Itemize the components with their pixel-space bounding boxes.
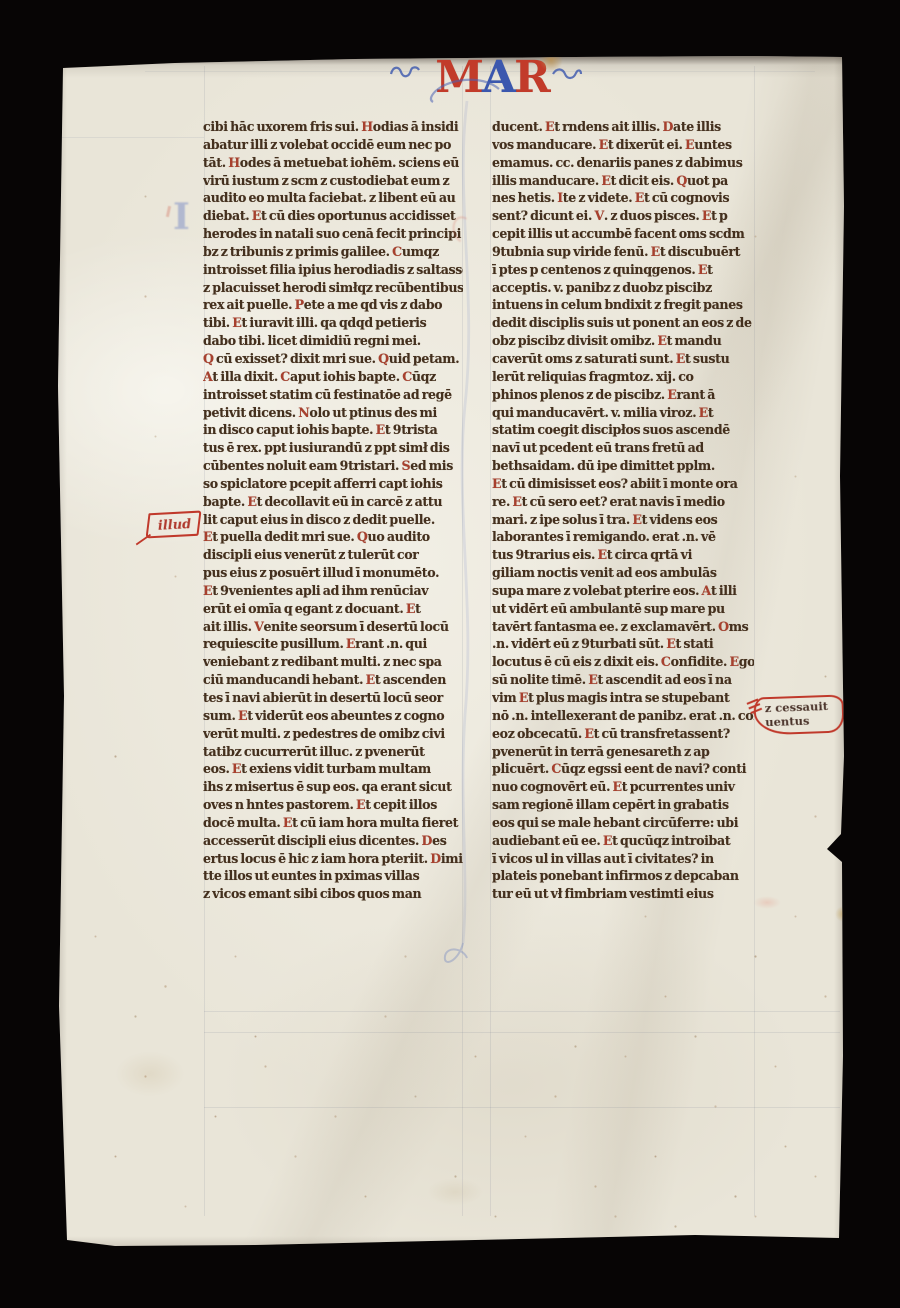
text-line: giliam noctis venit ad eos ambulās xyxy=(492,564,754,582)
text-line: dabo tibi. licet dimidiū regni mei. xyxy=(203,332,463,350)
text-line: plicuērt. Cūqz egssi eent de navi? conti xyxy=(492,760,754,778)
red-touched-capital: E xyxy=(613,779,622,794)
red-touched-capital: A xyxy=(203,369,212,384)
red-touched-capital: N xyxy=(298,405,309,420)
text-line: eos. Et exiens vidit turbam multam xyxy=(203,760,463,778)
red-touched-capital: C xyxy=(551,761,561,776)
red-touched-capital: E xyxy=(599,137,608,152)
text-line: dedit disciplis suis ut ponent an eos z … xyxy=(492,314,754,332)
red-touched-capital: E xyxy=(492,476,501,491)
red-touched-capital: E xyxy=(676,351,685,366)
red-touched-capital: C xyxy=(402,369,412,384)
stain xyxy=(115,1051,185,1097)
text-line: Et puella dedit mri sue. Quo audito xyxy=(203,528,463,546)
text-line: verūt multi. z pedestres de omibz civi xyxy=(203,725,463,743)
red-touched-capital: V xyxy=(254,619,263,634)
red-touched-capital: E xyxy=(603,833,612,848)
red-touched-capital: E xyxy=(376,422,385,437)
red-touched-capital: E xyxy=(283,815,292,830)
red-touched-capital: E xyxy=(597,547,606,562)
text-line: sam regionē illam cepērt in grabatis xyxy=(492,796,754,814)
text-line: intuens in celum bndixit z fregit panes xyxy=(492,296,754,314)
photo-background: { "colors": { "background": "#070505", "… xyxy=(0,0,900,1308)
text-line: z placuisset herodi simłqz recūbentibus xyxy=(203,279,463,297)
red-touched-capital: E xyxy=(406,601,415,616)
text-line: acceptis. v. panibz z duobz piscibz xyxy=(492,279,754,297)
marginal-gloss-line: uentus xyxy=(765,713,839,729)
red-touched-capital: E xyxy=(601,173,610,188)
text-line: illis manducare. Et dicit eis. Quot pa xyxy=(492,172,754,190)
guide-initial-red-flick xyxy=(166,206,171,217)
text-line: mari. z ipe solus ī tra. Et videns eos xyxy=(492,511,754,529)
text-line: vim Et plus magis intra se stupebant xyxy=(492,689,754,707)
text-line: introisset filia ipius herodiadis z salt… xyxy=(203,261,463,279)
red-touched-capital: I xyxy=(557,190,563,205)
text-line: nes hetis. Ite z videte. Et cū cognovis xyxy=(492,189,754,207)
red-touched-capital: E xyxy=(346,636,355,651)
red-touched-capital: C xyxy=(661,654,671,669)
text-line: lit caput eius in disco z dedit puelle. xyxy=(203,511,463,529)
text-line: obz piscibz divisit omibz. Et mandu xyxy=(492,332,754,350)
red-touched-capital: S xyxy=(401,458,410,473)
stain xyxy=(835,906,851,922)
red-touched-capital: E xyxy=(666,636,675,651)
red-touched-capital: D xyxy=(662,119,673,134)
red-touched-capital: E xyxy=(588,672,597,687)
text-line: bethsaidam. dū ipe dimittet pplm. xyxy=(492,457,754,475)
text-line: supa mare z volebat pterire eos. At illi xyxy=(492,582,754,600)
red-touched-capital: E xyxy=(203,583,212,598)
red-touched-capital: Q xyxy=(676,173,687,188)
speckles xyxy=(55,56,56,57)
red-touched-capital: C xyxy=(392,244,402,259)
ruling-line xyxy=(754,66,755,1216)
text-line: Q cū exisset? dixit mri sue. Quid petam. xyxy=(203,350,463,368)
text-line: petivit dicens. Nolo ut ptinus des mi xyxy=(203,404,463,422)
red-touched-capital: D xyxy=(421,833,432,848)
text-line: sent? dicunt ei. V. z duos pisces. Et p xyxy=(492,207,754,225)
text-line: ait illis. Venite seorsum ī desertū locū xyxy=(203,618,463,636)
red-touched-capital: H xyxy=(361,119,373,134)
text-line: .n. vidērt eū z 9turbati sūt. Et stati xyxy=(492,635,754,653)
red-touched-capital: E xyxy=(698,262,707,277)
text-line: cibi hāc uxorem fris sui. Hodias ā insid… xyxy=(203,118,463,136)
text-line: 9tubnia sup viride fenū. Et discubuērt xyxy=(492,243,754,261)
text-line: herodes in natali suo cenā fecit princip… xyxy=(203,225,463,243)
red-touched-capital: E xyxy=(519,690,528,705)
show-through-mark xyxy=(753,896,781,909)
text-line: bz z tribunis z primis galilee. Cumqz xyxy=(203,243,463,261)
red-touched-capital: C xyxy=(280,369,290,384)
text-line: oves n hntes pastorem. Et cepit illos xyxy=(203,796,463,814)
red-touched-capital: E xyxy=(667,387,676,402)
text-line: ducent. Et rndens ait illis. Date illis xyxy=(492,118,754,136)
text-line: ihs z misertus ē sup eos. qa erant sicut xyxy=(203,778,463,796)
text-line: ī vicos ul in villas aut ī civitates? in xyxy=(492,850,754,868)
text-line: abatur illi z volebat occidē eum nec po xyxy=(203,136,463,154)
text-line: vos manducare. Et dixerūt ei. Euntes xyxy=(492,136,754,154)
text-line: Et cū dimisisset eos? abiit ī monte ora xyxy=(492,475,754,493)
text-line: audiebant eū ee. Et qucūqz introibat xyxy=(492,832,754,850)
red-touched-capital: D xyxy=(430,851,441,866)
text-line: emamus. cc. denariis panes z dabimus xyxy=(492,154,754,172)
text-line: plateis ponebant infirmos z depcaban xyxy=(492,867,754,885)
text-line: tāt. Hodes ā metuebat iohēm. sciens eū xyxy=(203,154,463,172)
text-line: audito eo multa faciebat. z libent eū au xyxy=(203,189,463,207)
ruling-line xyxy=(204,1107,840,1108)
red-touched-capital: E xyxy=(238,708,247,723)
text-line: tus ē rex. ppt iusiurandū z ppt simł dis xyxy=(203,439,463,457)
text-line: tes ī navi abierūt in desertū locū seor xyxy=(203,689,463,707)
text-line: erūt ei omīa q egant z docuant. Et xyxy=(203,600,463,618)
text-line: tus 9trarius eis. Et circa qrtā vi xyxy=(492,546,754,564)
text-line: nuo cognovērt eū. Et pcurrentes univ xyxy=(492,778,754,796)
text-line: cepit illis ut accumbē facent oms scdm xyxy=(492,225,754,243)
text-line: requiescite pusillum. Erant .n. qui xyxy=(203,635,463,653)
text-line: eos qui se male hebant circūferre: ubi xyxy=(492,814,754,832)
text-line: eoz obcecatū. Et cū transfretassent? xyxy=(492,725,754,743)
red-touched-capital: E xyxy=(356,797,365,812)
red-touched-capital: V xyxy=(594,208,603,223)
stain xyxy=(539,48,563,72)
stain xyxy=(427,1178,483,1206)
text-line: pus eius z posuērt illud ī monumēto. xyxy=(203,564,463,582)
text-line: ut vidērt eū ambulantē sup mare pu xyxy=(492,600,754,618)
ruling-line xyxy=(59,137,204,138)
text-line: caverūt oms z saturati sunt. Et sustu xyxy=(492,350,754,368)
marginal-gloss-illud-text: illud xyxy=(157,516,191,535)
red-touched-capital: E xyxy=(584,726,593,741)
red-touched-capital: Q xyxy=(357,529,368,544)
red-touched-capital: E xyxy=(232,315,241,330)
red-touched-capital: E xyxy=(632,512,641,527)
text-line: qui manducavērt. v. milia viroz. Et xyxy=(492,404,754,422)
marginal-gloss-illud: illud xyxy=(145,511,201,539)
red-touched-capital: E xyxy=(252,208,261,223)
red-touched-capital: E xyxy=(512,494,521,509)
red-touched-capital: E xyxy=(635,190,644,205)
text-line: statim coegit discipłos suos ascendē xyxy=(492,421,754,439)
text-line: tte illos ut euntes in pximas villas xyxy=(203,867,463,885)
red-touched-capital: E xyxy=(366,672,375,687)
text-line: tavērt fantasma ee. z exclamavērt. Oms xyxy=(492,618,754,636)
text-line: tatibz cucurrerūt illuc. z pvenerūt xyxy=(203,743,463,761)
text-line: in disco caput iohis bapte. Et 9trista xyxy=(203,421,463,439)
text-line: pvenerūt in terrā genesareth z ap xyxy=(492,743,754,761)
text-line: tur eū ut vł fimbriam vestimti eius xyxy=(492,885,754,903)
manuscript-leaf: MAR I cibi hāc uxorem fris sui. Hodias ā… xyxy=(55,56,844,1250)
text-line: laborantes ī remigando. erat .n. vē xyxy=(492,528,754,546)
text-line: locutus ē cū eis z dixit eis. Confidite.… xyxy=(492,653,754,671)
text-line: Et 9venientes apli ad ihm renūciav xyxy=(203,582,463,600)
red-touched-capital: P xyxy=(295,297,304,312)
ruling-line xyxy=(204,1032,840,1033)
text-line: navī ut pcedent eū trans fretū ad xyxy=(492,439,754,457)
text-line: sum. Et viderūt eos abeuntes z cogno xyxy=(203,707,463,725)
text-line: cūbentes noluit eam 9tristari. Sed mis xyxy=(203,457,463,475)
red-touched-capital: E xyxy=(247,494,256,509)
red-touched-capital: Q xyxy=(203,351,214,366)
red-touched-capital: H xyxy=(228,155,240,170)
marginal-gloss-correction: z cessauit uentus xyxy=(753,694,844,735)
text-line: accesserūt discipli eius dicentes. Des xyxy=(203,832,463,850)
text-line: ī ptes p centenos z quinqgenos. Et xyxy=(492,261,754,279)
ruling-line xyxy=(204,1011,840,1012)
text-line: introisset statim cū festinatōe ad regē xyxy=(203,386,463,404)
red-touched-capital: E xyxy=(232,761,241,776)
text-line: z vicos emant sibi cibos quos man xyxy=(203,885,463,903)
red-touched-capital: E xyxy=(699,405,708,420)
red-touched-capital: E xyxy=(651,244,660,259)
red-touched-capital: Q xyxy=(378,351,389,366)
text-line: so spiclatore pcepit afferri capt iohis xyxy=(203,475,463,493)
text-line: phinos plenos z de piscibz. Erant ā xyxy=(492,386,754,404)
text-line: ertus locus ē hic z iam hora pteriit. Di… xyxy=(203,850,463,868)
red-touched-capital: E xyxy=(657,333,666,348)
text-line: virū iustum z scm z custodiebat eum z xyxy=(203,172,463,190)
text-line: sū nolite timē. Et ascendit ad eos ī na xyxy=(492,671,754,689)
text-line: rex ait puelle. Pete a me qd vis z dabo xyxy=(203,296,463,314)
text-line: docē multa. Et cū iam hora multa fieret xyxy=(203,814,463,832)
text-line: nō .n. intellexerant de panibz. erat .n.… xyxy=(492,707,754,725)
text-line: diebat. Et cū dies oportunus accidisset xyxy=(203,207,463,225)
text-line: tibi. Et iuravit illi. qa qdqd petieris xyxy=(203,314,463,332)
text-line: bapte. Et decollavit eū in carcē z attu xyxy=(203,493,463,511)
red-touched-capital: A xyxy=(702,583,711,598)
text-column-right: ducent. Et rndens ait illis. Date illisv… xyxy=(492,118,754,903)
text-line: discipli eius venerūt z tulerūt cor xyxy=(203,546,463,564)
red-touched-capital: E xyxy=(545,119,554,134)
text-line: At illa dixit. Caput iohis bapte. Cūqz xyxy=(203,368,463,386)
guide-initial-letter: I xyxy=(173,196,190,238)
red-touched-capital: E xyxy=(685,137,694,152)
text-column-left: cibi hāc uxorem fris sui. Hodias ā insid… xyxy=(203,118,463,903)
red-touched-capital: O xyxy=(718,619,729,634)
text-line: veniebant z redibant multi. z nec spa xyxy=(203,653,463,671)
red-touched-capital: E xyxy=(702,208,711,223)
red-touched-capital: E xyxy=(729,654,738,669)
text-line: lerūt reliquias fragmtoz. xij. co xyxy=(492,368,754,386)
text-line: ciū manducandi hebant. Et ascenden xyxy=(203,671,463,689)
text-line: re. Et cū sero eet? erat navis ī medio xyxy=(492,493,754,511)
red-touched-capital: E xyxy=(203,529,212,544)
